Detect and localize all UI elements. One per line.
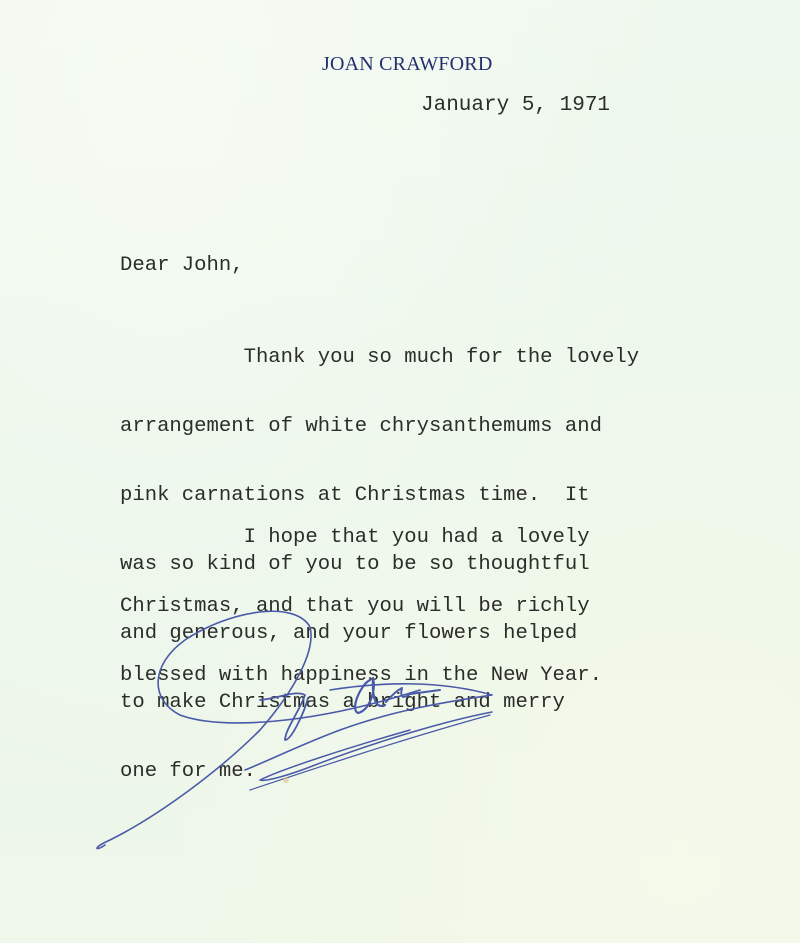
signature-stroke bbox=[386, 688, 440, 702]
signature-stroke bbox=[245, 684, 492, 770]
signature-stroke bbox=[355, 678, 385, 713]
letterhead-name: JOAN CRAWFORD bbox=[322, 53, 492, 76]
signature bbox=[80, 590, 520, 870]
letter-page: JOAN CRAWFORD January 5, 1971 Dear John,… bbox=[0, 0, 800, 943]
letter-date: January 5, 1971 bbox=[421, 94, 610, 117]
signature-stroke bbox=[260, 712, 492, 780]
body-line: I hope that you had a lovely bbox=[120, 526, 602, 549]
body-line: Thank you so much for the lovely bbox=[120, 346, 639, 369]
salutation: Dear John, bbox=[120, 254, 244, 277]
body-line: arrangement of white chrysanthemums and bbox=[120, 415, 639, 438]
ink-blot bbox=[283, 777, 289, 783]
signature-stroke bbox=[97, 611, 420, 848]
